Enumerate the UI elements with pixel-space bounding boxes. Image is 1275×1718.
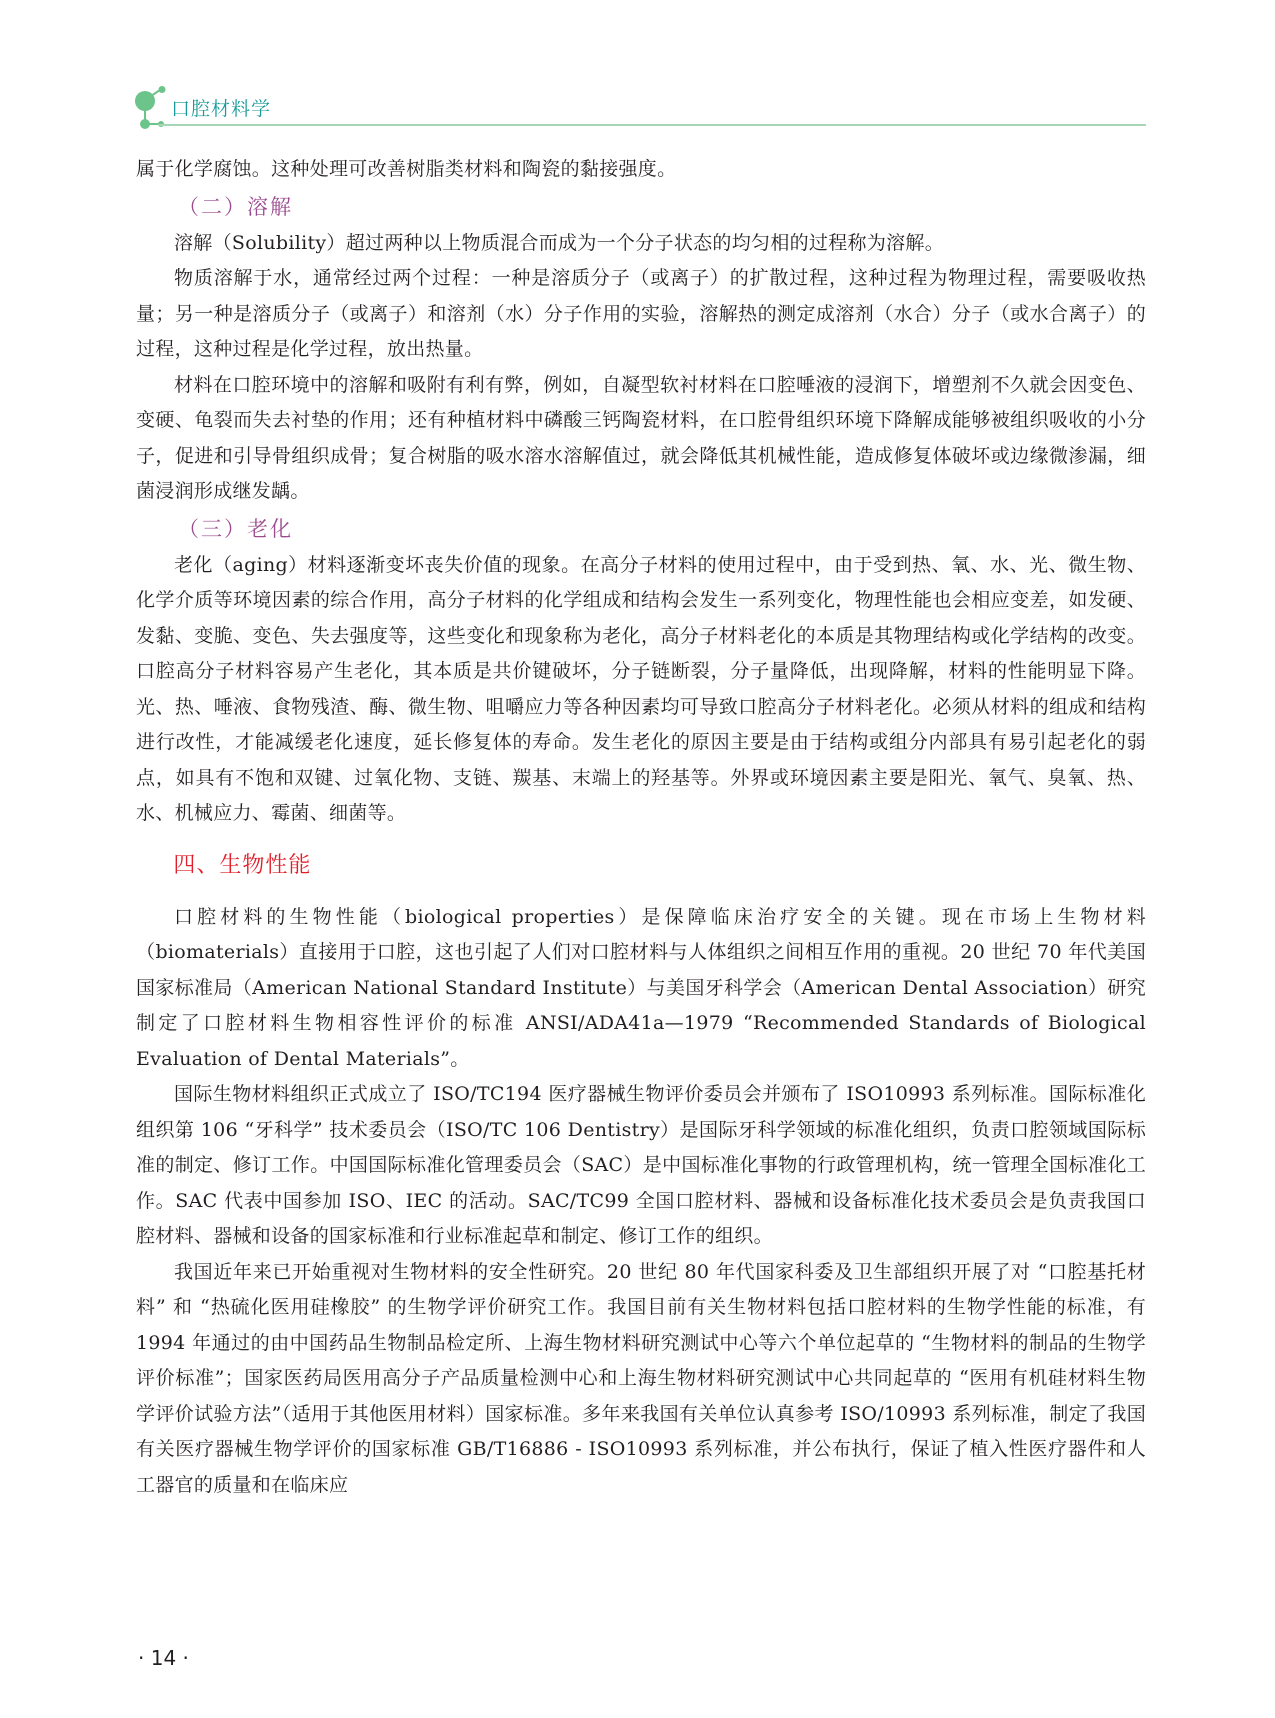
paragraph: 我国近年来已开始重视对生物材料的安全性研究。20 世纪 80 年代国家科委及卫生…	[136, 1255, 1146, 1504]
paragraph: 物质溶解于水，通常经过两个过程：一种是溶质分子（或离子）的扩散过程，这种过程为物…	[136, 261, 1146, 368]
paragraph: 材料在口腔环境中的溶解和吸附有利有弊，例如，自凝型软衬材料在口腔唾液的浸润下，增…	[136, 368, 1146, 510]
section-heading-biological-properties: 四、生物性能	[136, 846, 1146, 886]
paragraph: 国际生物材料组织正式成立了 ISO/TC194 医疗器械生物评价委员会并颁布了 …	[136, 1077, 1146, 1255]
subheading-solubility: （二）溶解	[136, 188, 1146, 226]
page-number: · 14 ·	[138, 1646, 189, 1670]
subheading-aging: （三）老化	[136, 510, 1146, 548]
paragraph-continued: 属于化学腐蚀。这种处理可改善树脂类材料和陶瓷的黏接强度。	[136, 152, 1146, 188]
header-divider	[158, 124, 1146, 126]
paragraph: 老化（aging）材料逐渐变坏丧失价值的现象。在高分子材料的使用过程中，由于受到…	[136, 548, 1146, 832]
paragraph: 溶解（Solubility）超过两种以上物质混合而成为一个分子状态的均匀相的过程…	[136, 226, 1146, 262]
running-title: 口腔材料学	[171, 94, 271, 121]
page-body: 属于化学腐蚀。这种处理可改善树脂类材料和陶瓷的黏接强度。 （二）溶解 溶解（So…	[136, 152, 1146, 1503]
paragraph: 口腔材料的生物性能（biological properties）是保障临床治疗安…	[136, 900, 1146, 1078]
page-header: 口腔材料学	[0, 0, 1275, 130]
